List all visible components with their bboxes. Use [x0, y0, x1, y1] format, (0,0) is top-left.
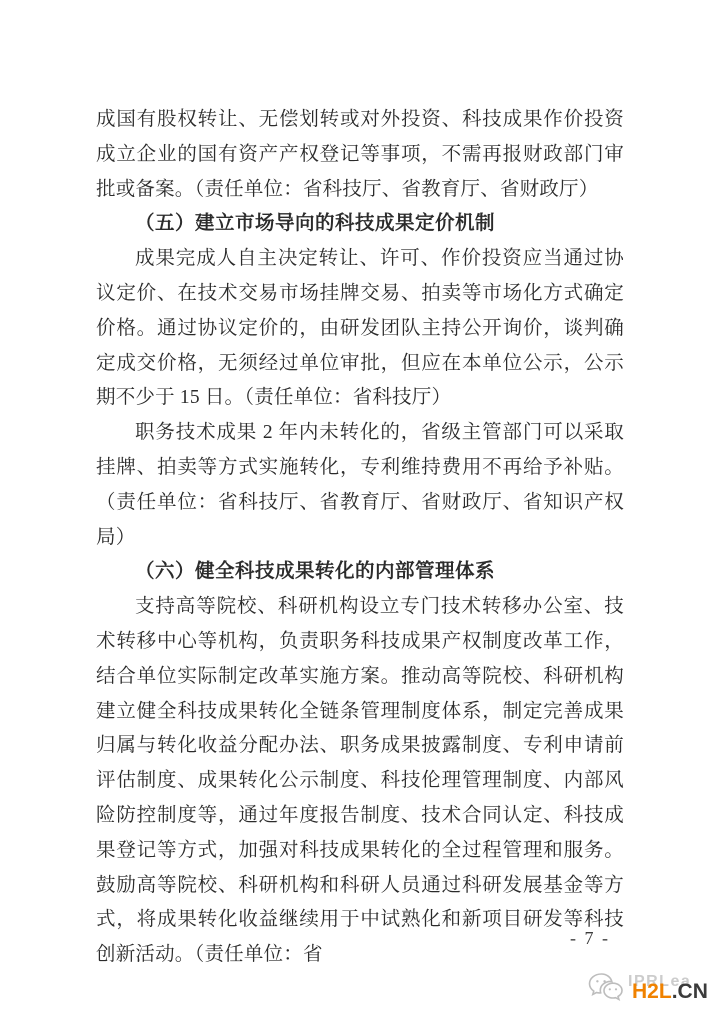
- watermark: IPRLea H2L.CN: [588, 966, 718, 1014]
- document-body: 成国有股权转让、无偿划转或对外投资、科技成果作价投资成立企业的国有资产产权登记等…: [96, 103, 624, 973]
- paragraph: 成果完成人自主决定转让、许可、作价投资应当通过协议定价、在技术交易市场挂牌交易、…: [96, 242, 624, 416]
- wechat-icon: [588, 972, 624, 1002]
- page-number: - 7 -: [560, 928, 620, 949]
- document-page: 成国有股权转让、无偿划转或对外投资、科技成果作价投资成立企业的国有资产产权登记等…: [0, 0, 720, 1018]
- section-heading-6: （六）健全科技成果转化的内部管理体系: [96, 555, 624, 590]
- section-heading-5: （五）建立市场导向的科技成果定价机制: [96, 207, 624, 242]
- watermark-brand-suffix: .CN: [672, 980, 708, 1003]
- watermark-brand-line: H2L.CN: [632, 980, 708, 1004]
- paragraph: 成国有股权转让、无偿划转或对外投资、科技成果作价投资成立企业的国有资产产权登记等…: [96, 103, 624, 207]
- paragraph: 支持高等院校、科研机构设立专门技术转移办公室、技术转移中心等机构，负责职务科技成…: [96, 590, 624, 973]
- paragraph: 职务技术成果 2 年内未转化的，省级主管部门可以采取挂牌、拍卖等方式实施转化，专…: [96, 416, 624, 555]
- watermark-brand: H2L: [632, 980, 672, 1003]
